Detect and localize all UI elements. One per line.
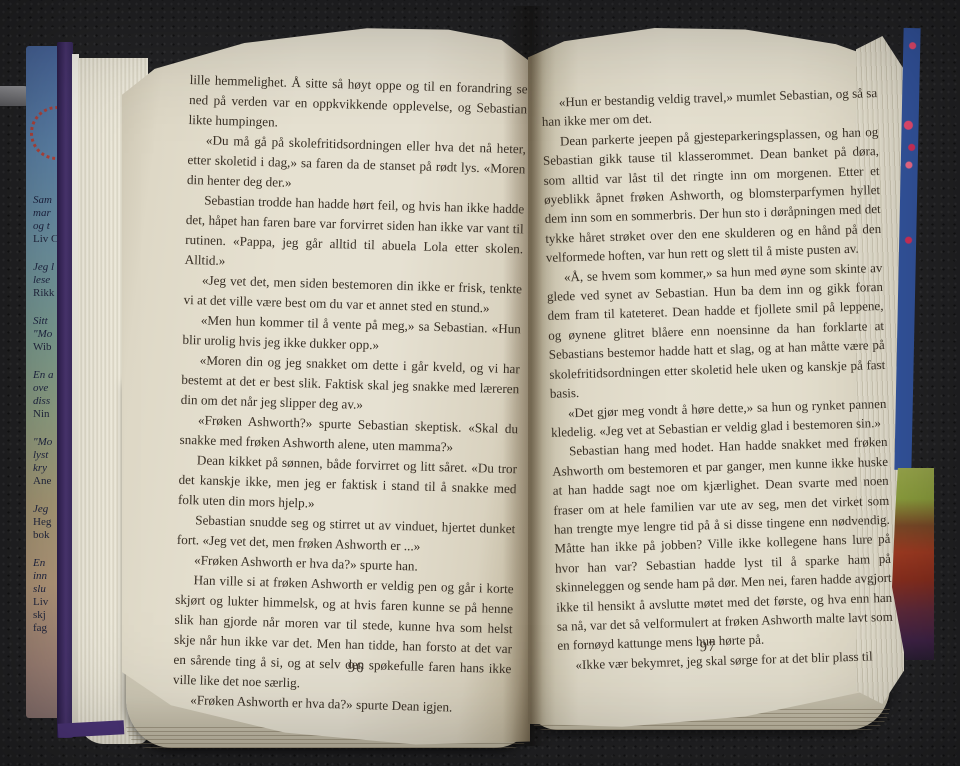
purple-book-spine <box>57 42 73 738</box>
paragraph: Dean kikket på sønnen, både forvirret og… <box>178 450 518 519</box>
paragraph: «Moren din og jeg snakket om dette i går… <box>181 350 521 419</box>
paragraph: Han ville si at frøken Ashworth er veldi… <box>173 570 514 699</box>
left-page-text: lille hemmelighet. Å sitte så høyt oppe … <box>172 70 528 719</box>
right-page-text: «Hun er bestandig veldig travel,» mumlet… <box>541 83 894 675</box>
left-page-number: 96 <box>334 660 378 678</box>
open-book-photo: Sammarog tLiv CJeg lleseRikkSitt"MoWibEn… <box>0 0 960 766</box>
paragraph: lille hemmelighet. Å sitte så høyt oppe … <box>188 70 528 139</box>
right-page-number: 97 <box>686 638 730 656</box>
paragraph: Dean parkerte jeepen på gjesteparkerings… <box>542 122 882 268</box>
paragraph: «Du må gå på skolefritidsordningen eller… <box>187 130 527 199</box>
paragraph: «Å, se hvem som kommer,» sa hun med øyne… <box>546 258 886 404</box>
paragraph: Sebastian hang med hodet. Han hadde snak… <box>551 432 893 655</box>
paragraph: Sebastian trodde han hadde hørt feil, og… <box>184 190 524 279</box>
